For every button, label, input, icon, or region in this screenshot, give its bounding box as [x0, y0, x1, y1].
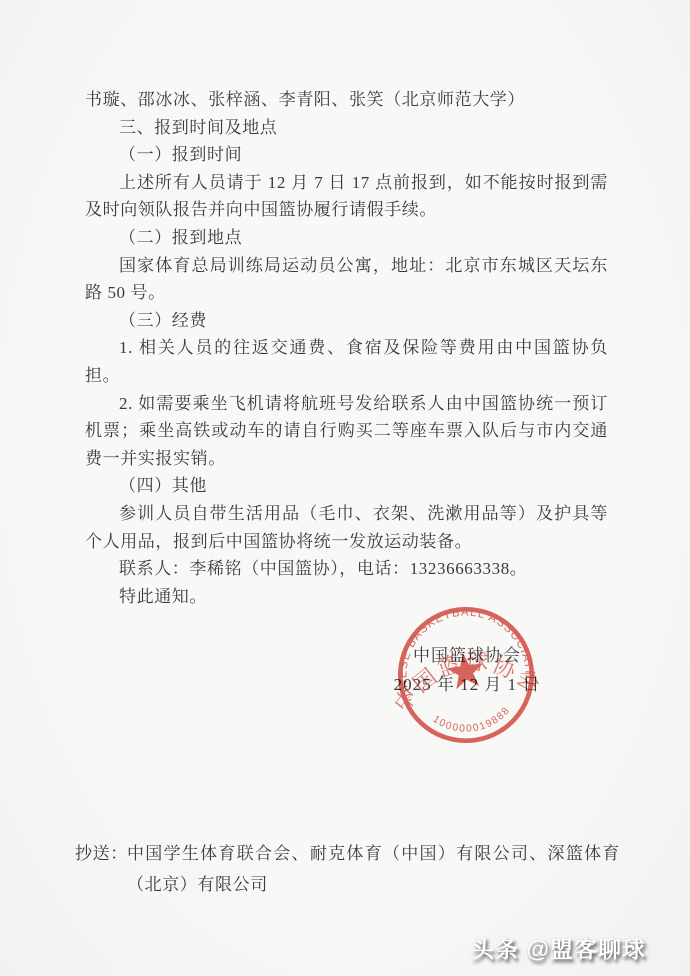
sub-heading: （一）报到时间: [85, 141, 608, 169]
sub-heading: （四）其他: [85, 472, 608, 500]
document-body: 书璇、邵冰冰、张梓涵、李青阳、张笑（北京师范大学） 三、报到时间及地点 （一）报…: [85, 86, 608, 610]
cc-text: 中国学生体育联合会、耐克体育（中国）有限公司、深篮体育（北京）有限公司: [127, 844, 620, 894]
section-heading: 三、报到时间及地点: [85, 114, 608, 142]
paragraph: 书璇、邵冰冰、张梓涵、李青阳、张笑（北京师范大学）: [85, 86, 608, 114]
sub-heading: （二）报到地点: [85, 224, 608, 252]
official-seal: CHINESE BASKETBALL ASSOCIATION 中国篮球协会 11…: [389, 598, 543, 752]
paragraph: 上述所有人员请于 12 月 7 日 17 点前报到，如不能按时报到需及时向领队报…: [85, 169, 608, 224]
paragraph: 2. 如需要乘坐飞机请将航班号发给联系人由中国篮协统一预订机票；乘坐高铁或动车的…: [85, 390, 608, 473]
paragraph: 1. 相关人员的往返交通费、食宿及保险等费用由中国篮协负担。: [85, 334, 608, 389]
seal-graphic: CHINESE BASKETBALL ASSOCIATION 中国篮球协会 11…: [389, 598, 543, 752]
cc-block: 抄送： 中国学生体育联合会、耐克体育（中国）有限公司、深篮体育（北京）有限公司: [75, 838, 620, 900]
sub-heading: （三）经费: [85, 307, 608, 335]
watermark: 头条 @盟客聊球: [471, 931, 646, 964]
paragraph: 国家体育总局训练局运动员公寓，地址：北京市东城区天坛东路 50 号。: [85, 252, 608, 307]
paragraph: 参训人员自带生活用品（毛巾、衣架、洗漱用品等）及护具等个人用品，报到后中国篮协将…: [85, 500, 608, 555]
contact-line: 联系人：李稀铭（中国篮协），电话：13236663338。: [85, 555, 608, 583]
cc-label: 抄送：: [75, 838, 128, 869]
